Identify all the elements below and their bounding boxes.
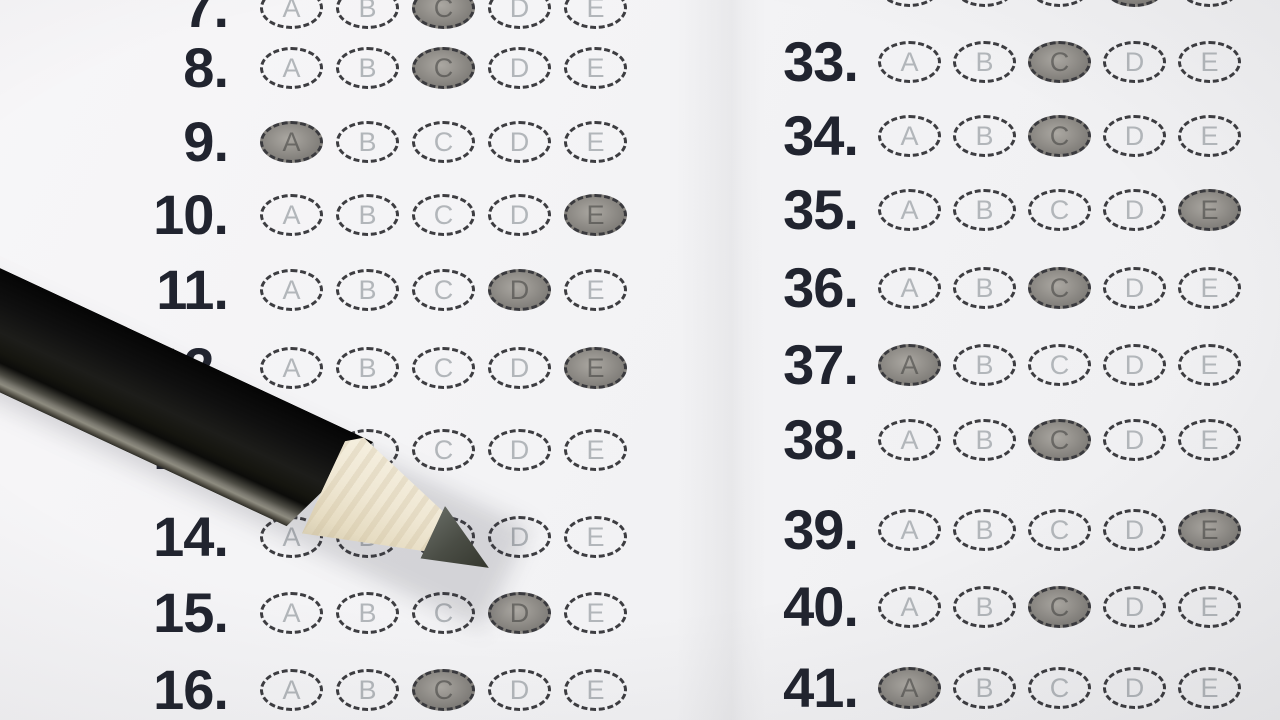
bubble-letter: E (1200, 594, 1218, 621)
bubble-letter: A (282, 677, 300, 704)
bubble-38-A: A (878, 419, 941, 461)
bubble-7-D: D (488, 0, 551, 29)
bubble-letter: C (1050, 197, 1070, 224)
bubble-7-C: C (412, 0, 475, 29)
bubble-letter: C (434, 0, 454, 22)
bubble-letter: B (975, 427, 993, 454)
bubble-8-A: A (260, 47, 323, 89)
column-gutter-shading (676, 0, 766, 720)
bubble-36-E: E (1178, 267, 1241, 309)
bubble-9-D: D (488, 121, 551, 163)
bubble-16-C: C (412, 669, 475, 711)
bubble-letter: B (358, 202, 376, 229)
bubble-9-B: B (336, 121, 399, 163)
bubble-41-B: B (953, 667, 1016, 709)
bubble-letter: D (510, 437, 530, 464)
bubble-letter: B (975, 275, 993, 302)
bubble-37-E: E (1178, 344, 1241, 386)
bubble-10-B: B (336, 194, 399, 236)
bubble-top-D: D (1103, 0, 1166, 7)
bubble-10-A: A (260, 194, 323, 236)
bubble-letter: D (510, 277, 530, 304)
bubble-letter: C (434, 277, 454, 304)
bubble-40-A: A (878, 586, 941, 628)
bubble-letter: A (900, 123, 918, 150)
question-number-9: 9. (183, 115, 228, 169)
bubble-letter: E (1200, 275, 1218, 302)
bubble-37-C: C (1028, 344, 1091, 386)
bubble-39-D: D (1103, 509, 1166, 551)
question-number-7: 7. (183, 0, 228, 35)
bubble-letter: B (975, 594, 993, 621)
bubble-letter: E (586, 129, 604, 156)
bubble-letter: E (586, 202, 604, 229)
bubble-33-E: E (1178, 41, 1241, 83)
bubble-letter: C (1050, 275, 1070, 302)
bubble-12-B: B (336, 347, 399, 389)
bubble-15-B: B (336, 592, 399, 634)
bubble-letter: B (358, 55, 376, 82)
bubble-letter: A (900, 427, 918, 454)
photo-of-answer-sheet: 7.ABCDE8.ABCDE9.ABCDE10.ABCDE11.ABCDE12.… (0, 0, 1280, 720)
bubble-top-B: B (953, 0, 1016, 7)
bubble-letter: D (1125, 675, 1145, 702)
bubble-34-E: E (1178, 115, 1241, 157)
bubble-letter: C (434, 129, 454, 156)
bubble-letter: B (358, 0, 376, 22)
bubble-letter: D (510, 355, 530, 382)
bubble-letter: A (282, 202, 300, 229)
bubble-letter: D (510, 129, 530, 156)
question-number-11: 11. (156, 263, 228, 317)
question-number-41: 41. (783, 661, 858, 715)
bubble-41-E: E (1178, 667, 1241, 709)
bubble-letter: D (1125, 352, 1145, 379)
bubble-letter: D (510, 0, 530, 22)
bubble-40-E: E (1178, 586, 1241, 628)
bubble-letter: E (1200, 517, 1218, 544)
bubble-40-D: D (1103, 586, 1166, 628)
question-number-8: 8. (183, 41, 228, 95)
question-number-16: 16. (153, 663, 228, 717)
bubble-8-B: B (336, 47, 399, 89)
question-number-15: 15. (153, 586, 228, 640)
bubble-top-E: E (1178, 0, 1241, 7)
bubble-13-D: D (488, 429, 551, 471)
question-number-35: 35. (783, 183, 858, 237)
bubble-12-E: E (564, 347, 627, 389)
bubble-letter: B (975, 123, 993, 150)
bubble-letter: D (1125, 197, 1145, 224)
bubble-letter: C (434, 55, 454, 82)
bubble-letter: E (586, 0, 604, 22)
bubble-letter: A (282, 600, 300, 627)
bubble-36-C: C (1028, 267, 1091, 309)
bubble-10-C: C (412, 194, 475, 236)
bubble-11-B: B (336, 269, 399, 311)
bubble-41-C: C (1028, 667, 1091, 709)
bubble-9-A: A (260, 121, 323, 163)
bubble-letter: B (975, 517, 993, 544)
bubble-16-D: D (488, 669, 551, 711)
bubble-letter: A (282, 129, 300, 156)
bubble-letter: E (586, 355, 604, 382)
bubble-letter: A (282, 277, 300, 304)
bubble-34-A: A (878, 115, 941, 157)
bubble-letter: D (1125, 427, 1145, 454)
bubble-16-E: E (564, 669, 627, 711)
bubble-letter: B (358, 600, 376, 627)
bubble-letter: A (900, 517, 918, 544)
bubble-letter: A (900, 197, 918, 224)
bubble-38-B: B (953, 419, 1016, 461)
question-number-38: 38. (783, 413, 858, 467)
bubble-36-D: D (1103, 267, 1166, 309)
bubble-36-B: B (953, 267, 1016, 309)
question-number-14: 14. (153, 510, 228, 564)
bubble-letter: C (434, 202, 454, 229)
bubble-letter: D (1125, 49, 1145, 76)
bubble-letter: E (586, 55, 604, 82)
bubble-16-A: A (260, 669, 323, 711)
bubble-39-A: A (878, 509, 941, 551)
bubble-letter: C (434, 437, 454, 464)
bubble-letter: A (282, 0, 300, 22)
question-number-33: 33. (783, 35, 858, 89)
bubble-11-A: A (260, 269, 323, 311)
bubble-34-B: B (953, 115, 1016, 157)
bubble-37-B: B (953, 344, 1016, 386)
bubble-letter: C (1050, 123, 1070, 150)
bubble-37-A: A (878, 344, 941, 386)
bubble-12-C: C (412, 347, 475, 389)
bubble-11-D: D (488, 269, 551, 311)
question-number-40: 40. (783, 580, 858, 634)
bubble-38-D: D (1103, 419, 1166, 461)
bubble-letter: A (900, 49, 918, 76)
bubble-letter: B (975, 49, 993, 76)
bubble-letter: B (358, 277, 376, 304)
question-number-36: 36. (783, 261, 858, 315)
bubble-letter: C (1050, 594, 1070, 621)
bubble-top-A: A (878, 0, 941, 7)
bubble-35-B: B (953, 189, 1016, 231)
bubble-8-E: E (564, 47, 627, 89)
bubble-15-A: A (260, 592, 323, 634)
bubble-10-D: D (488, 194, 551, 236)
bubble-letter: E (586, 600, 604, 627)
bubble-39-E: E (1178, 509, 1241, 551)
bubble-letter: D (1125, 275, 1145, 302)
bubble-letter: D (1125, 123, 1145, 150)
bubble-letter: A (900, 594, 918, 621)
bubble-letter: E (1200, 427, 1218, 454)
bubble-33-D: D (1103, 41, 1166, 83)
question-number-39: 39. (783, 503, 858, 557)
bubble-letter: D (510, 677, 530, 704)
bubble-letter: B (358, 129, 376, 156)
question-number-34: 34. (783, 109, 858, 163)
bubble-letter: C (1050, 352, 1070, 379)
bubble-letter: B (358, 355, 376, 382)
bubble-13-E: E (564, 429, 627, 471)
bubble-top-C: C (1028, 0, 1091, 7)
bubble-9-C: C (412, 121, 475, 163)
bubble-letter: C (434, 355, 454, 382)
bubble-39-B: B (953, 509, 1016, 551)
bubble-12-D: D (488, 347, 551, 389)
bubble-33-B: B (953, 41, 1016, 83)
bubble-41-A: A (878, 667, 941, 709)
bubble-40-C: C (1028, 586, 1091, 628)
bubble-letter: A (900, 675, 918, 702)
bubble-letter: C (1050, 427, 1070, 454)
bubble-40-B: B (953, 586, 1016, 628)
bubble-letter: C (1050, 675, 1070, 702)
bubble-35-C: C (1028, 189, 1091, 231)
bubble-letter: A (282, 55, 300, 82)
bubble-11-C: C (412, 269, 475, 311)
bubble-33-C: C (1028, 41, 1091, 83)
bubble-9-E: E (564, 121, 627, 163)
bubble-letter: E (1200, 675, 1218, 702)
bubble-41-D: D (1103, 667, 1166, 709)
bubble-36-A: A (878, 267, 941, 309)
bubble-letter: B (975, 197, 993, 224)
bubble-letter: E (586, 277, 604, 304)
bubble-33-A: A (878, 41, 941, 83)
bubble-letter: E (1200, 197, 1218, 224)
bubble-letter: A (282, 355, 300, 382)
bubble-35-E: E (1178, 189, 1241, 231)
bubble-letter: D (510, 55, 530, 82)
bubble-7-E: E (564, 0, 627, 29)
bubble-letter: B (358, 677, 376, 704)
bubble-7-B: B (336, 0, 399, 29)
bubble-34-C: C (1028, 115, 1091, 157)
bubble-letter: B (975, 675, 993, 702)
bubble-letter: A (900, 275, 918, 302)
bubble-letter: D (1125, 517, 1145, 544)
question-number-10: 10. (153, 188, 228, 242)
bubble-38-E: E (1178, 419, 1241, 461)
bubble-15-E: E (564, 592, 627, 634)
bubble-letter: E (1200, 123, 1218, 150)
question-number-37: 37. (783, 338, 858, 392)
bubble-7-A: A (260, 0, 323, 29)
bubble-letter: D (1125, 594, 1145, 621)
bubble-letter: E (586, 677, 604, 704)
bubble-letter: E (586, 524, 604, 551)
bubble-letter: E (586, 437, 604, 464)
bubble-letter: A (900, 352, 918, 379)
bubble-letter: E (1200, 352, 1218, 379)
bubble-letter: B (975, 352, 993, 379)
bubble-letter: C (1050, 49, 1070, 76)
bubble-8-D: D (488, 47, 551, 89)
bubble-letter: C (434, 677, 454, 704)
bubble-35-D: D (1103, 189, 1166, 231)
bubble-37-D: D (1103, 344, 1166, 386)
bubble-34-D: D (1103, 115, 1166, 157)
bubble-letter: C (1050, 517, 1070, 544)
bubble-12-A: A (260, 347, 323, 389)
bubble-38-C: C (1028, 419, 1091, 461)
bubble-35-A: A (878, 189, 941, 231)
bubble-39-C: C (1028, 509, 1091, 551)
bubble-letter: D (510, 202, 530, 229)
bubble-16-B: B (336, 669, 399, 711)
bubble-8-C: C (412, 47, 475, 89)
bubble-letter: E (1200, 49, 1218, 76)
bubble-11-E: E (564, 269, 627, 311)
bubble-10-E: E (564, 194, 627, 236)
